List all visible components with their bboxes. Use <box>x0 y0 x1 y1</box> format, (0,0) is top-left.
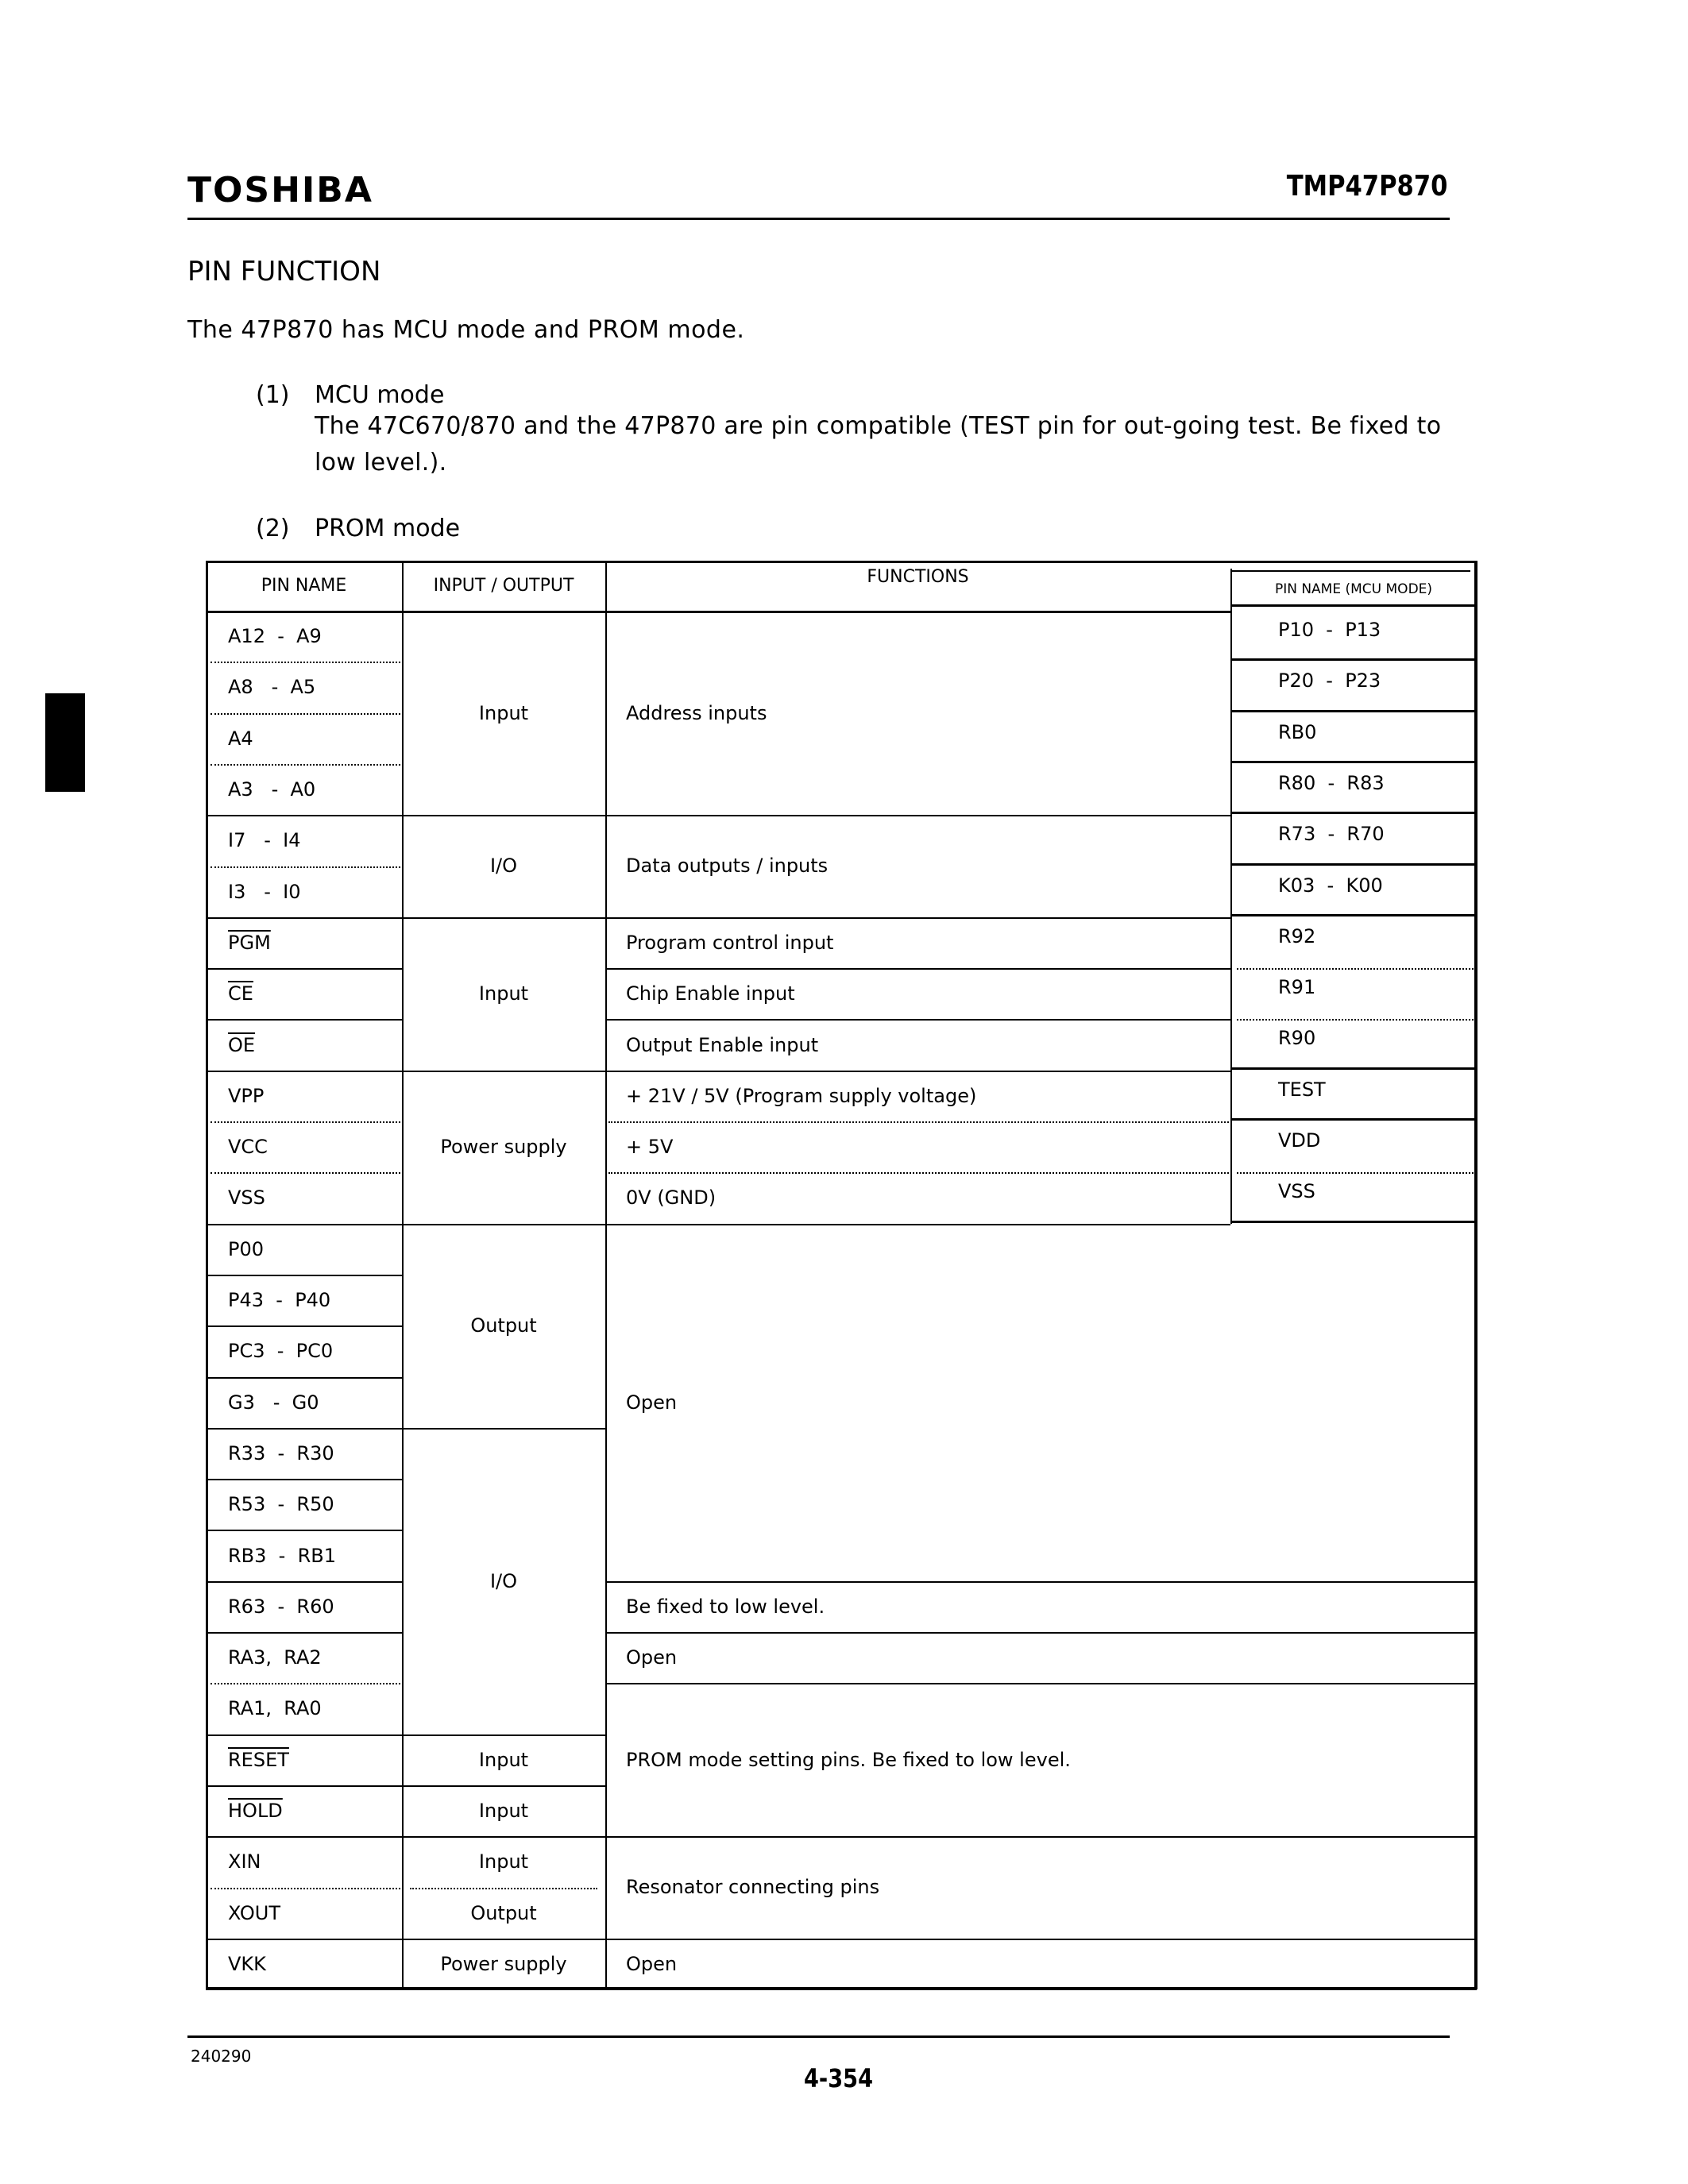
mode-2-number: (2) <box>256 515 290 542</box>
header-input-output: INPUT / OUTPUT <box>402 561 605 611</box>
function-cell: Chip Enable input <box>626 968 1227 1019</box>
function-cell: PROM mode setting pins. Be fixed to low … <box>626 1683 1474 1836</box>
pin-name-cell: A3 - A0 <box>228 764 400 815</box>
mcu-separator <box>1230 1118 1477 1121</box>
io-cell: I/O <box>402 1428 605 1734</box>
part-number: TMP47P870 <box>1286 170 1447 203</box>
column-divider <box>605 561 607 1989</box>
io-cell: Input <box>402 1734 605 1785</box>
pin-name-cell: P43 - P40 <box>228 1275 400 1325</box>
pin-function-table: PIN NAMEINPUT / OUTPUTFUNCTIONSPIN NAME … <box>206 561 1477 1990</box>
mode-1-title: MCU mode <box>315 381 444 409</box>
pin-name-cell: VKK <box>228 1939 400 1989</box>
pin-name-cell: P00 <box>228 1224 400 1275</box>
mcu-separator <box>1230 914 1477 916</box>
pin-name-cell: R53 - R50 <box>228 1479 400 1530</box>
pin-name-cell: G3 - G0 <box>228 1377 400 1428</box>
mcu-pin-cell: R73 - R70 <box>1278 815 1469 866</box>
intro-text: The 47P870 has MCU mode and PROM mode. <box>187 316 744 344</box>
pin-name-cell: A12 - A9 <box>228 611 400 662</box>
header-pin-name: PIN NAME <box>206 561 402 611</box>
pin-name-cell: RA3, RA2 <box>228 1632 400 1683</box>
section-tab-marker <box>45 693 85 792</box>
io-cell: Output <box>402 1224 605 1428</box>
header-mcu-pin-name: PIN NAME (MCU MODE) <box>1230 573 1477 604</box>
function-cell: + 5V <box>626 1121 1227 1172</box>
pin-name-cell: VSS <box>228 1172 400 1223</box>
function-cell: Open <box>626 1224 1474 1581</box>
pin-name-cell: A8 - A5 <box>228 662 400 712</box>
pin-name-cell: I3 - I0 <box>228 866 400 917</box>
pin-name-cell: OE <box>228 1019 400 1070</box>
section-title: PIN FUNCTION <box>187 256 380 287</box>
mcu-pin-cell: RB0 <box>1278 713 1469 764</box>
mcu-pin-cell: K03 - K00 <box>1278 866 1469 917</box>
mode-1-body: The 47C670/870 and the 47P870 are pin co… <box>315 408 1474 481</box>
pin-name-cell: RB3 - RB1 <box>228 1530 400 1580</box>
mcu-separator <box>1230 710 1477 712</box>
function-cell: Output Enable input <box>626 1019 1227 1070</box>
pin-name-cell: RA1, RA0 <box>228 1683 400 1734</box>
pin-name-cell: I7 - I4 <box>228 815 400 866</box>
header-rule <box>187 218 1450 220</box>
function-cell: Be fixed to low level. <box>626 1581 1474 1632</box>
mcu-pin-cell: P20 - P23 <box>1278 662 1469 712</box>
function-cell: Data outputs / inputs <box>626 815 1227 917</box>
pin-name-cell: CE <box>228 968 400 1019</box>
header-functions: FUNCTIONS <box>605 561 1230 611</box>
io-cell: Power supply <box>402 1939 605 1989</box>
footer-doc-code: 240290 <box>191 2047 251 2066</box>
footer-rule <box>187 2035 1450 2038</box>
mcu-pin-cell: R90 <box>1278 1019 1469 1070</box>
io-cell: Input <box>402 917 605 1071</box>
io-cell: Output <box>402 1888 605 1939</box>
mcu-separator <box>1230 1221 1477 1223</box>
mcu-separator <box>1230 1067 1477 1070</box>
table-border-right <box>1474 561 1477 1989</box>
mcu-pin-cell: VDD <box>1278 1121 1469 1172</box>
pin-name-cell: PGM <box>228 917 400 968</box>
function-cell: Program control input <box>626 917 1227 968</box>
pin-name-cell: R63 - R60 <box>228 1581 400 1632</box>
mcu-separator <box>1230 761 1477 763</box>
mcu-pin-cell: R80 - R83 <box>1278 764 1469 815</box>
io-cell: Power supply <box>402 1071 605 1224</box>
pin-name-cell: XIN <box>228 1836 400 1887</box>
mcu-header-top <box>1230 570 1470 572</box>
mode-2-title: PROM mode <box>315 515 460 542</box>
pin-name-cell: PC3 - PC0 <box>228 1325 400 1376</box>
function-cell: Address inputs <box>626 611 1227 815</box>
mcu-separator <box>1230 658 1477 661</box>
function-cell: Resonator connecting pins <box>626 1836 1474 1939</box>
pin-name-cell: A4 <box>228 713 400 764</box>
pin-name-cell: R33 - R30 <box>228 1428 400 1479</box>
io-cell: Input <box>402 611 605 815</box>
function-cell: Open <box>626 1939 1474 1989</box>
pin-name-cell: XOUT <box>228 1888 400 1939</box>
mcu-pin-cell: R92 <box>1278 917 1469 968</box>
mode-1-number: (1) <box>256 381 290 409</box>
function-cell: Open <box>626 1632 1474 1683</box>
function-cell: 0V (GND) <box>626 1172 1227 1223</box>
pin-name-cell: VPP <box>228 1071 400 1121</box>
pin-name-cell: RESET <box>228 1734 400 1785</box>
mcu-separator <box>1230 863 1477 866</box>
mcu-header-bottom <box>1230 604 1477 607</box>
mcu-pin-cell: R91 <box>1278 968 1469 1019</box>
brand-logo: TOSHIBA <box>187 170 373 210</box>
page-number: 4-354 <box>804 2063 873 2093</box>
mcu-pin-cell: P10 - P13 <box>1278 611 1469 662</box>
mcu-pin-cell: VSS <box>1278 1172 1469 1223</box>
io-cell: I/O <box>402 815 605 917</box>
mcu-separator <box>1230 812 1477 814</box>
pin-name-cell: HOLD <box>228 1785 400 1836</box>
mcu-pin-cell: TEST <box>1278 1071 1469 1121</box>
io-cell: Input <box>402 1785 605 1836</box>
function-cell: + 21V / 5V (Program supply voltage) <box>626 1071 1227 1121</box>
column-divider <box>1230 569 1232 1224</box>
pin-name-cell: VCC <box>228 1121 400 1172</box>
io-cell: Input <box>402 1836 605 1887</box>
